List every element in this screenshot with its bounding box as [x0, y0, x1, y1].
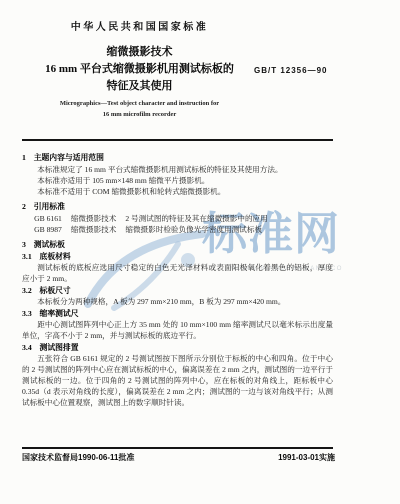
- section-3-4-heading: 3.4 测试图排置: [22, 342, 333, 353]
- section-3-3-paragraph: 距中心测试图阵列中心正上方 35 mm 处的 10 mm×100 mm 缩率测试…: [22, 319, 333, 341]
- reference-title: 缩微摄影时检验负像光学密度用测试标板: [125, 224, 262, 235]
- reference-code: GB 6161: [34, 213, 62, 224]
- reference-code: GB 8987: [34, 224, 62, 235]
- title-line-2: 16 mm 平台式缩微摄影机用测试标板的: [22, 61, 257, 78]
- reference-title: 2 号测试图的特征及其在缩微摄影中的应用: [125, 213, 267, 224]
- english-title: Micrographics—Test object character and …: [22, 98, 257, 120]
- section-3-1-paragraph: 测试标板的底板应选用尺寸稳定的白色无光泽材料或表面阳极氧化着黑色的铝板，厚度应小…: [22, 262, 333, 284]
- document-body: 1 主题内容与适用范围 本标准规定了 16 mm 平台式缩微摄影机用测试标板的特…: [22, 148, 333, 408]
- header-divider: [22, 139, 333, 141]
- approval-note: 国家技术监督局1990-06-11批准: [22, 452, 134, 463]
- footer-divider: [22, 447, 333, 449]
- title-line-3: 特征及其使用: [22, 78, 257, 95]
- document-footer: 国家技术监督局1990-06-11批准 1991-03-01实施: [22, 452, 335, 463]
- section-2-heading: 2 引用标准: [22, 201, 333, 212]
- reference-gb8987: GB 8987 缩微摄影技术 缩微摄影时检验负像光学密度用测试标板: [22, 224, 333, 235]
- section-3-2-heading: 3.2 标板尺寸: [22, 285, 333, 296]
- implementation-note: 1991-03-01实施: [278, 452, 335, 463]
- title-line-1: 缩微摄影技术: [22, 44, 257, 61]
- document-title: 缩微摄影技术 16 mm 平台式缩微摄影机用测试标板的 特征及其使用: [22, 44, 257, 95]
- section-1-paragraph-3: 本标准不适用于 COM 缩微摄影机和轮转式缩微摄影机。: [22, 186, 333, 197]
- standard-country-header: 中华人民共和国国家标准: [22, 18, 257, 33]
- standard-number: GB/T 12356—90: [254, 66, 327, 75]
- reference-tech: 缩微摄影技术: [71, 224, 117, 235]
- section-3-4-paragraph: 五张符合 GB 6161 规定的 2 号测试图按下图所示分别位于标板的中心和四角…: [22, 353, 333, 408]
- section-3-3-heading: 3.3 缩率测试尺: [22, 308, 333, 319]
- reference-tech: 缩微摄影技术: [71, 213, 117, 224]
- english-title-line-2: 16 mm microfilm recorder: [22, 109, 257, 120]
- section-3-1-heading: 3.1 底板材料: [22, 251, 333, 262]
- section-1-paragraph-2: 本标准亦适用于 105 mm×148 mm 缩微平片摄影机。: [22, 175, 333, 186]
- section-1-paragraph-1: 本标准规定了 16 mm 平台式缩微摄影机用测试标板的特征及其使用方法。: [22, 164, 333, 175]
- reference-gb6161: GB 6161 缩微摄影技术 2 号测试图的特征及其在缩微摄影中的应用: [22, 213, 333, 224]
- section-1-heading: 1 主题内容与适用范围: [22, 152, 333, 163]
- english-title-line-1: Micrographics—Test object character and …: [22, 98, 257, 109]
- section-3-heading: 3 测试标板: [22, 239, 333, 250]
- section-3-2-paragraph: 本标板分为两种规格，A 板为 297 mm×210 mm，B 板为 297 mm…: [22, 296, 333, 307]
- document-page: 标准网 MOIAN BIAOZHUNWANG CO 中华人民共和国国家标准 缩微…: [0, 0, 400, 504]
